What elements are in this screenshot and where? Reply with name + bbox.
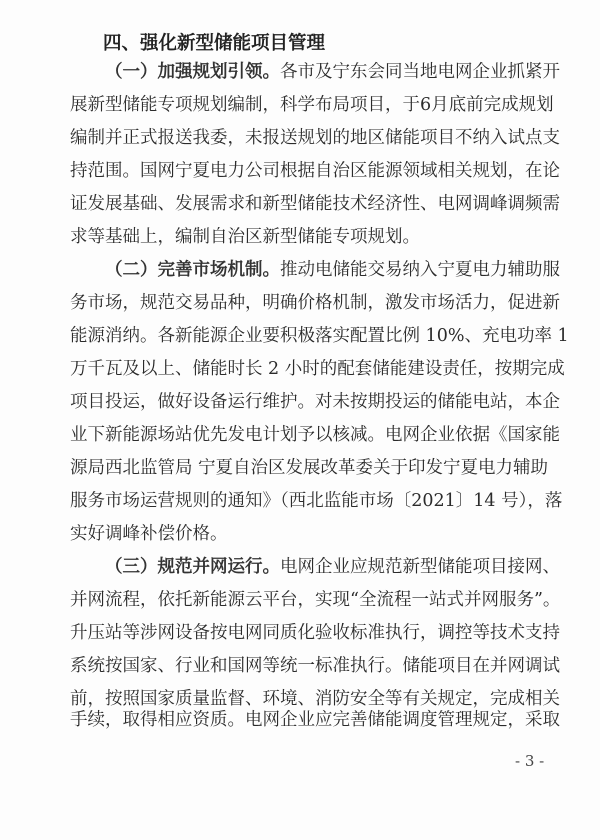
subsection-title: （二）完善市场机制。 [105,260,280,280]
paragraph-line: 务市场，规范交易品种，明确价格机制，激发市场活力，促进新 [70,292,548,314]
paragraph-line: 手续，取得相应资质。电网企业应完善储能调度管理规定，采取 [70,709,548,731]
paragraph-line: （一）加强规划引领。各市及宁东会同当地电网企业抓紧开 [105,61,548,83]
paragraph-line: 项目投运，做好设备运行维护。对未按期投运的储能电站，本企 [70,391,548,413]
paragraph-line: 并网流程，依托新能源云平台，实现“全流程一站式并网服务”。 [70,589,548,611]
paragraph-line: 业下新能源场站优先发电计划予以核减。电网企业依据《国家能 [70,424,548,446]
paragraph-line: 求等基础上，编制自治区新型储能专项规划。 [70,226,548,248]
paragraph-line: 能源消纳。各新能源企业要积极落实配置比例 10%、充电功率 1 [70,325,548,347]
paragraph-line: 持范围。国网宁夏电力公司根据自治区能源领域相关规划，在论 [70,160,548,182]
document-page: 四、强化新型储能项目管理 （一）加强规划引领。各市及宁东会同当地电网企业抓紧开 … [0,0,600,840]
paragraph-line: 万千瓦及以上、储能时长 2 小时的配套储能建设责任，按期完成 [70,358,548,380]
paragraph-line: 源局西北监管局 宁夏自治区发展改革委关于印发宁夏电力辅助 [70,457,548,479]
paragraph-line: 实好调峰补偿价格。 [70,523,548,545]
page-number: - 3 - [515,752,544,770]
paragraph-line: 服务市场运营规则的通知》（西北监能市场〔2021〕14 号），落 [70,490,548,512]
paragraph-line: 系统按国家、行业和国网等统一标准执行。储能项目在并网调试 [70,655,548,677]
paragraph-line: 证发展基础、发展需求和新型储能技术经济性、电网调峰调频需 [70,193,548,215]
paragraph-line: 展新型储能专项规划编制，科学布局项目，于6月底前完成规划 [70,94,548,116]
paragraph-line: 前，按照国家质量监督、环境、消防安全等有关规定，完成相关 [70,688,548,710]
text-span: 各市及宁东会同当地电网企业抓紧开 [280,62,560,82]
paragraph-line: 升压站等涉网设备按电网同质化验收标准执行，调控等技术支持 [70,622,548,644]
text-span: 推动电储能交易纳入宁夏电力辅助服 [280,260,560,280]
text-span: 电网企业应规范新型储能项目接网、 [280,557,560,577]
section-heading: 四、强化新型储能项目管理 [103,29,325,55]
paragraph-line: 编制并正式报送我委，未报送规划的地区储能项目不纳入试点支 [70,127,548,149]
paragraph-line: （二）完善市场机制。推动电储能交易纳入宁夏电力辅助服 [105,259,548,281]
subsection-title: （三）规范并网运行。 [105,557,280,577]
paragraph-line: （三）规范并网运行。电网企业应规范新型储能项目接网、 [105,556,548,578]
subsection-title: （一）加强规划引领。 [105,62,280,82]
